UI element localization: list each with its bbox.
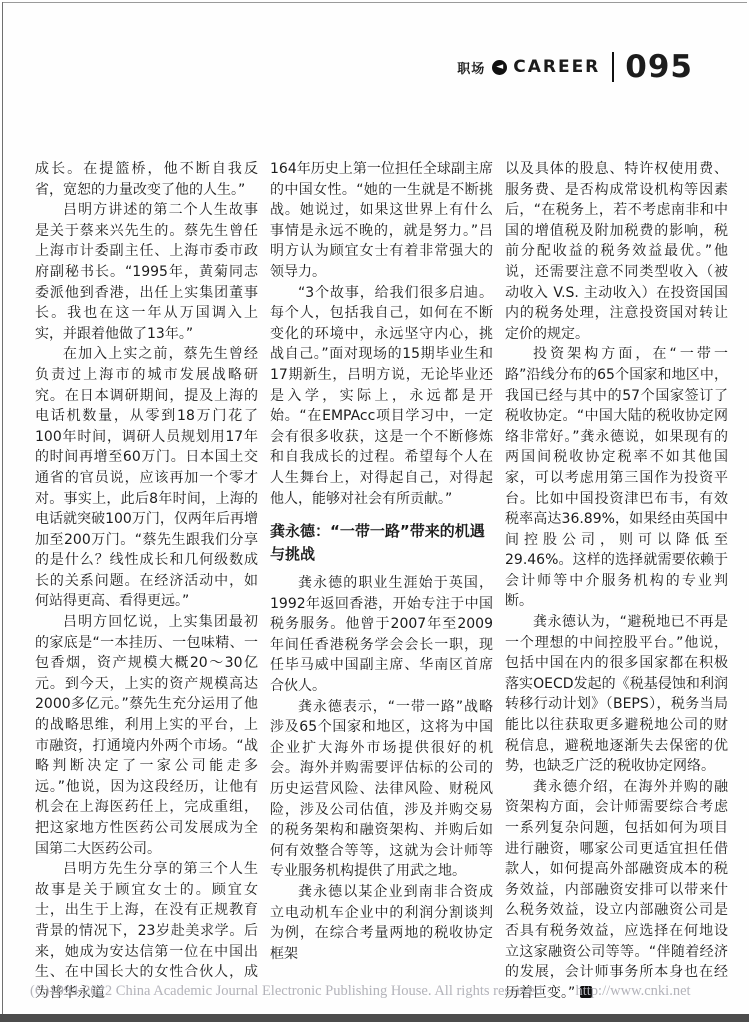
article-body: 成长。在提篮桥，他不断自我反省，宽恕的力量改变了他的人生。” 吕明方讲述的第二个… [35, 159, 728, 1003]
page-number: 095 [625, 52, 693, 82]
column-2: 164年历史上第一位担任全球副主席的中国女性。“她的一生就是不断挑战。她说过，如… [270, 159, 493, 1003]
paragraph: 以及具体的股息、特许权使用费、服务费、是否构成常设机构等因素后，“在税务上，若不… [505, 159, 728, 344]
section-heading: 龚永德：“一带一路”带来的机遇与挑战 [270, 520, 493, 566]
column-3: 以及具体的股息、特许权使用费、服务费、是否构成常设机构等因素后，“在税务上，若不… [505, 159, 728, 1003]
journal-page: 职场 ◄ CAREER 095 成长。在提篮桥，他不断自我反省，宽恕的力量改变了… [0, 0, 749, 1022]
paragraph: 龚永德以某企业到南非合资成立电动机车企业中的利润分割谈判为例，在综合考量两地的税… [270, 882, 493, 964]
paragraph: 龚永德认为，“避税地已不再是一个理想的中间控股平台。”他说，包括中国在内的很多国… [505, 612, 728, 777]
paragraph: 龚永德介绍，在海外并购的融资架构方面，会计师需要综合考虑一系列复杂问题，包括如何… [505, 777, 728, 1004]
career-badge-icon: ◄ [492, 60, 507, 75]
section-label-en: CAREER [513, 57, 600, 77]
paragraph: 吕明方讲述的第二个人生故事是关于蔡来兴先生的。蔡先生曾任上海市计委副主任、上海市… [35, 200, 258, 344]
paragraph: 164年历史上第一位担任全球副主席的中国女性。“她的一生就是不断挑战。她说过，如… [270, 159, 493, 283]
scan-edge-top [2, 2, 747, 3]
scan-edge-left [2, 2, 3, 1015]
header-divider [612, 52, 614, 82]
copyright-text: (C)1994-2022 China Academic Journal Elec… [30, 983, 546, 999]
paragraph-text: 龚永德介绍，在海外并购的融资架构方面，会计师需要综合考虑一系列复杂问题，包括如何… [505, 779, 728, 1001]
paragraph: 吕明方回忆说，上实集团最初的家底是“一本挂历、一包味精、一包香烟，资产规模大概2… [35, 612, 258, 859]
paragraph: 龚永德的职业生涯始于英国，1992年返回香港，开始专注于中国税务服务。他曾于20… [270, 573, 493, 697]
column-1: 成长。在提篮桥，他不断自我反省，宽恕的力量改变了他的人生。” 吕明方讲述的第二个… [35, 159, 258, 1003]
cnki-url: http://www.cnki.net [576, 983, 691, 999]
paragraph: 吕明方先生分享的第三个人生故事是关于顾宜女士的。顾宜女士，出生于上海，在没有正规… [35, 859, 258, 1003]
copyright-footer: (C)1994-2022 China Academic Journal Elec… [30, 983, 730, 1000]
paragraph: 在加入上实之前，蔡先生曾经负责过上海市的城市发展战略研究。在日本调研期间，提及上… [35, 344, 258, 612]
paragraph: 成长。在提篮桥，他不断自我反省，宽恕的力量改变了他的人生。” [35, 159, 258, 200]
scan-edge-bottom [0, 1014, 749, 1022]
paragraph: 龚永德表示，“一带一路”战略涉及65个国家和地区，这将为中国企业扩大海外市场提供… [270, 697, 493, 882]
paragraph: 投资架构方面，在“一带一路”沿线分布的65个国家和地区中，我国已经与其中的57个… [505, 344, 728, 612]
chevron-left-icon: ◄ [496, 60, 503, 75]
page-header: 职场 ◄ CAREER 095 [457, 52, 693, 82]
paragraph: “3个故事，给我们很多启迪。每个人，包括我自己，如何在不断变化的环境中，永远坚守… [270, 283, 493, 510]
section-label-cn: 职场 [457, 58, 485, 77]
